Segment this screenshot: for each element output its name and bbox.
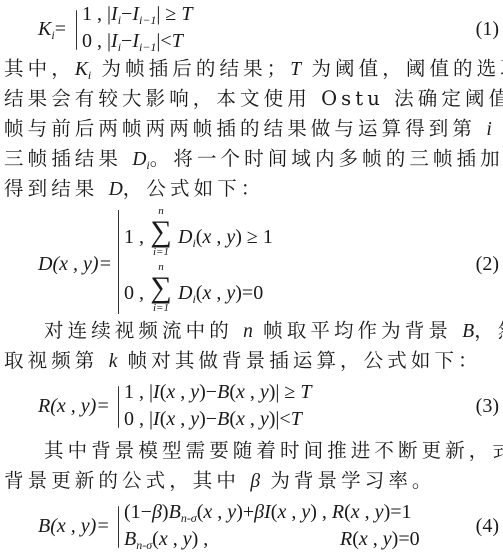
equation-2-case-1-value: 1 , — [124, 226, 144, 249]
equation-2-case-2-value: 0 , — [124, 282, 144, 305]
equation-3-case-1: 1 , |I(x , y)−B(x , y)| ≥ T — [124, 381, 312, 404]
equation-3-case-2: 0 , |I(x , y)−B(x , y)|<T — [124, 408, 302, 431]
text-line: 得到结果 D，公式如下： — [4, 176, 499, 203]
equation-1-case-1: 1 , |Ii−Ii−1| ≥ T — [82, 3, 193, 28]
equation-2-case-1-expr: Di(x , y) ≥ 1 — [178, 226, 273, 251]
equation-number: (2) — [476, 253, 499, 276]
equation-2-case-2-expr: Di(x , y)=0 — [178, 282, 263, 307]
equation-1-lhs: Ki= — [38, 18, 66, 43]
equation-3-lhs: R(x , y)= — [38, 395, 110, 418]
text-line: 其中，Ki 为帧插后的结果；T 为阈值，阈值的选取对帧插 — [4, 56, 499, 88]
equation-number: (4) — [476, 515, 499, 538]
text-line: 背景更新的公式，其中 β 为背景学习率。 — [4, 468, 499, 495]
equation-number: (3) — [476, 395, 499, 418]
text-line: 其中背景模型需要随着时间推进不断更新，式(4)为 — [44, 438, 499, 464]
brace — [118, 386, 119, 428]
summation-symbol: n ∑ i=1 — [148, 262, 174, 314]
equation-4-case-2-condition: R(x , y)=0 — [340, 528, 420, 551]
equation-4-case-1: (1−β)Bn-σ(x , y)+βI(x , y) , R(x , y)=1 — [124, 501, 412, 526]
text-line: 帧与前后两帧两两帧插的结果做与运算得到第 i 帧的 — [4, 116, 499, 143]
equation-2-lhs: D(x , y)= — [38, 253, 112, 276]
equation-number: (1) — [476, 18, 499, 41]
text-line: 对连续视频流中的 n 帧取平均作为背景 B，然后提 — [44, 318, 499, 345]
equation-4-case-2: Bn-σ(x , y) , — [124, 528, 208, 553]
summation-symbol: n ∑ i=1 — [148, 206, 174, 258]
brace — [118, 210, 119, 314]
equation-4-lhs: B(x , y)= — [38, 515, 110, 538]
text-line: 结果会有较大影响，本文使用 Ostu 法确定阈值。将第 i — [4, 86, 499, 113]
brace — [76, 10, 77, 50]
text-line: 取视频第 k 帧对其做背景插运算，公式如下： — [4, 348, 499, 375]
brace — [118, 506, 119, 548]
text-line: 三帧插结果 Di。将一个时间域内多帧的三帧插加过叠加 — [4, 146, 499, 178]
equation-1-case-2: 0 , |Ii−Ii−1|<T — [82, 30, 183, 55]
